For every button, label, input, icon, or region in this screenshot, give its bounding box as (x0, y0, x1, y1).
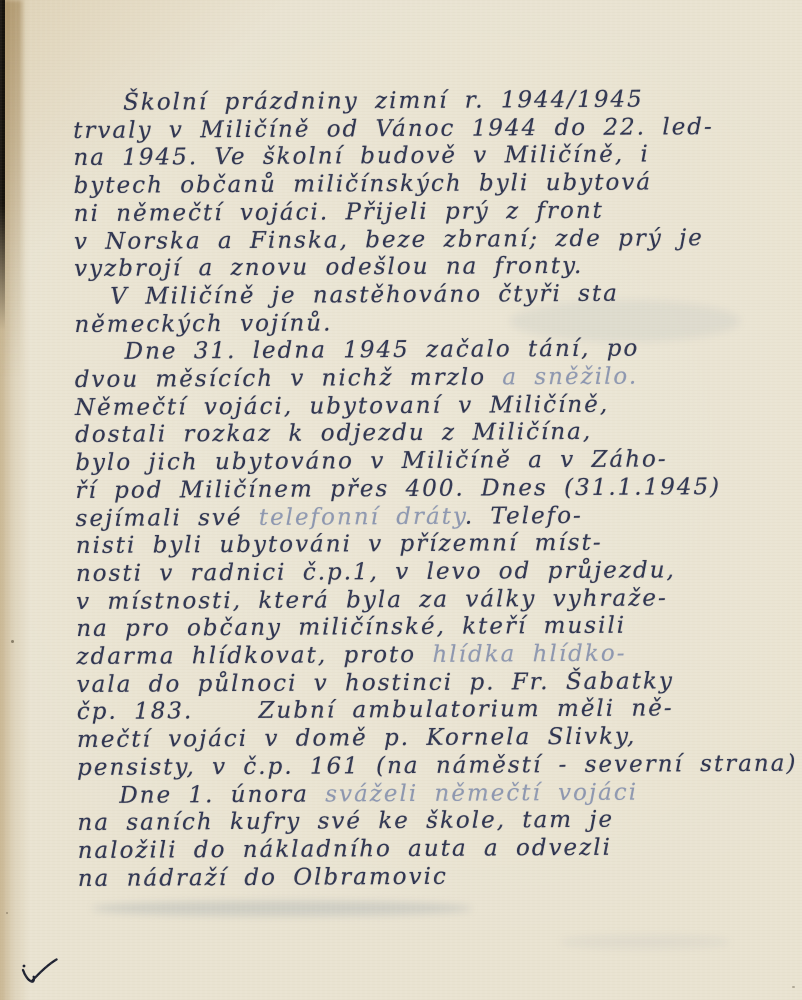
handwritten-segment: a sněžilo. (502, 364, 638, 391)
handwritten-line: pensisty, v č.p. 161 (na náměstí - sever… (77, 751, 782, 783)
handwritten-segment: na saních kufry své ke škole, tam je (77, 807, 614, 836)
handwritten-line: bylo jich ubytováno v Miličíně a v Záho- (75, 446, 780, 478)
handwritten-line: bytech občanů miličínských byli ubytová (74, 169, 779, 201)
handwritten-line: v místnosti, která byla za války vyhraže… (76, 584, 781, 616)
handwritten-segment: hlídka hlídko- (432, 641, 626, 668)
handwritten-line: Dne 1. února sváželi němečtí vojáci (77, 778, 782, 810)
handwritten-segment: vyzbrojí a znovu odešlou na fronty. (74, 253, 583, 282)
handwritten-line: na 1945. Ve školní budově v Miličíně, i (73, 141, 778, 173)
handwritten-segment: Němečtí vojáci, ubytovaní v Miličíně, (75, 391, 609, 420)
handwritten-segment: nosti v radnici č.p.1, v levo od průjezd… (76, 557, 676, 587)
handwritten-segment: Dne 31. ledna 1945 začalo tání, po (125, 336, 640, 365)
check-flourish-icon (20, 958, 62, 988)
handwritten-segment: v místnosti, která byla za války vyhraže… (76, 585, 668, 615)
scanned-chronicle-page: Školní prázdniny zimní r. 1944/1945trval… (0, 0, 802, 1000)
handwritten-segment: německých vojínů. (74, 310, 332, 338)
ink-bleed-through (92, 901, 472, 916)
handwritten-segment: ří pod Miličínem přes 400. Dnes (31.1.19… (75, 474, 721, 504)
handwritten-segment: dvou měsících v nichž mrzlo (75, 364, 503, 393)
handwritten-line: sejímali své telefonní dráty. Telefo- (76, 501, 781, 533)
handwritten-line: Školní prázdniny zimní r. 1944/1945 (73, 86, 778, 118)
handwritten-line: Němečtí vojáci, ubytovaní v Miličíně, (75, 390, 780, 422)
handwritten-segment: pensisty, v č.p. 161 (na náměstí - sever… (77, 750, 797, 780)
handwritten-segment: vala do půlnoci v hostinci p. Fr. Šabatk… (77, 668, 674, 698)
handwritten-line: německých vojínů. (74, 307, 779, 339)
handwritten-segment: . Telefo- (465, 502, 583, 529)
handwritten-segment: v Norska a Finska, beze zbraní; zde prý … (74, 225, 704, 255)
handwritten-segment: V Miličíně je nastěhováno čtyři sta (110, 281, 619, 310)
handwritten-line: v Norska a Finska, beze zbraní; zde prý … (74, 224, 779, 256)
handwritten-line: ří pod Miličínem přes 400. Dnes (31.1.19… (75, 474, 780, 506)
handwritten-line: naložili do nákladního auta a odvezli (78, 834, 783, 866)
handwritten-line: na pro občany miličínské, kteří musili (76, 612, 781, 644)
handwritten-line: vala do půlnoci v hostinci p. Fr. Šabatk… (77, 667, 782, 699)
handwritten-segment: bylo jich ubytováno v Miličíně a v Záho- (75, 447, 668, 477)
handwritten-line: vyzbrojí a znovu odešlou na fronty. (74, 252, 779, 284)
handwritten-segment: dostali rozkaz k odjezdu z Miličína, (75, 419, 592, 448)
handwritten-segment: naložili do nákladního auta a odvezli (78, 835, 612, 864)
handwritten-segment: čp. 183. Zubní ambulatorium měli ně- (77, 696, 674, 726)
handwritten-line: dvou měsících v nichž mrzlo a sněžilo. (75, 363, 780, 395)
handwritten-line: mečtí vojáci v domě p. Kornela Slivky, (77, 723, 782, 755)
handwritten-segment: Dne 1. února (119, 781, 325, 808)
handwritten-line: čp. 183. Zubní ambulatorium měli ně- (77, 695, 782, 727)
handwritten-line: na nádraží do Olbramovic (78, 861, 783, 893)
handwritten-segment: ni němečtí vojáci. Přijeli prý z front (74, 198, 604, 227)
handwritten-line: dostali rozkaz k odjezdu z Miličína, (75, 418, 780, 450)
handwritten-segment: na nádraží do Olbramovic (78, 863, 448, 891)
handwritten-segment: trvaly v Miličíně od Vánoc 1944 do 22. l… (73, 114, 714, 144)
handwritten-segment: zdarma hlídkovat, proto (76, 642, 432, 670)
handwritten-segment: Školní prázdniny zimní r. 1944/1945 (123, 87, 644, 116)
handwritten-text: Školní prázdniny zimní r. 1944/1945trval… (73, 86, 783, 894)
handwritten-segment: telefonní dráty (259, 503, 465, 530)
handwritten-line: trvaly v Miličíně od Vánoc 1944 do 22. l… (73, 113, 778, 145)
handwritten-segment: sejímali své (76, 504, 259, 531)
ink-bleed-through (560, 935, 730, 949)
paper-speck (792, 986, 795, 988)
handwritten-line: na saních kufry své ke škole, tam je (77, 806, 782, 838)
scan-edge-strip (0, 0, 5, 330)
handwritten-segment: mečtí vojáci v domě p. Kornela Slivky, (77, 724, 636, 753)
handwritten-segment: na 1945. Ve školní budově v Miličíně, i (73, 142, 650, 172)
handwritten-line: Dne 31. ledna 1945 začalo tání, po (75, 335, 780, 367)
handwritten-line: nisti byli ubytováni v přízemní míst- (76, 529, 781, 561)
handwritten-segment: nisti byli ubytováni v přízemní míst- (76, 530, 603, 559)
handwritten-segment: bytech občanů miličínských byli ubytová (74, 170, 653, 200)
handwritten-line: V Miličíně je nastěhováno čtyři sta (74, 280, 779, 312)
handwritten-segment: sváželi němečtí vojáci (325, 779, 638, 807)
handwritten-line: nosti v radnici č.p.1, v levo od průjezd… (76, 557, 781, 589)
handwritten-segment: na pro občany miličínské, kteří musili (76, 613, 626, 642)
handwritten-line: ni němečtí vojáci. Přijeli prý z front (74, 197, 779, 229)
handwritten-line: zdarma hlídkovat, proto hlídka hlídko- (76, 640, 781, 672)
